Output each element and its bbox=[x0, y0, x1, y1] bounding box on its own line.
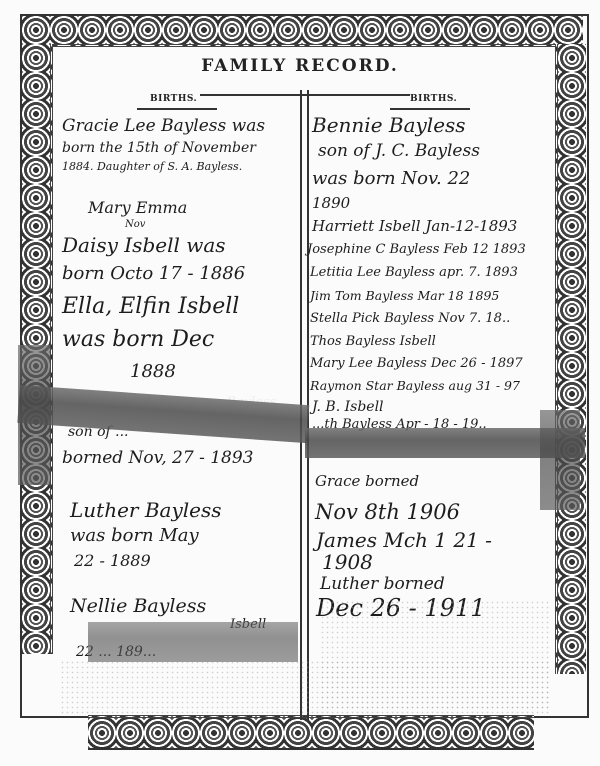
handwritten-line: Luther Bayless bbox=[70, 500, 222, 520]
handwritten-line: Mary Lee Bayless Dec 26 - 1897 bbox=[310, 357, 523, 370]
handwritten-line: J. B. Isbell bbox=[312, 400, 384, 414]
scanned-page: FAMILY RECORD. BIRTHS. BIRTHS. Gracie Le… bbox=[0, 0, 600, 766]
page-title: FAMILY RECORD. bbox=[0, 56, 600, 76]
handwritten-line: was born Dec bbox=[62, 329, 214, 351]
handwritten-line: 1908 bbox=[322, 552, 373, 572]
tape-strip-bottom bbox=[88, 622, 298, 662]
handwritten-line: Ella, Elfin Isbell bbox=[62, 296, 239, 318]
handwritten-line: was born Nov. 22 bbox=[312, 170, 470, 188]
handwritten-line: 1890 bbox=[312, 196, 350, 211]
ornamental-border-bottom bbox=[88, 715, 534, 750]
handwritten-line: 1884. Daughter of S. A. Bayless. bbox=[62, 161, 242, 172]
handwritten-line: 22 - 1889 bbox=[74, 553, 151, 569]
handwritten-line: borned Nov, 27 - 1893 bbox=[62, 450, 254, 467]
tape-strip-edge-left bbox=[18, 345, 50, 485]
handwritten-line: Raymon Star Bayless aug 31 - 97 bbox=[310, 380, 520, 393]
handwritten-line: Letitia Lee Bayless apr. 7. 1893 bbox=[310, 266, 518, 279]
handwritten-line: Josephine C Bayless Feb 12 1893 bbox=[307, 243, 526, 256]
handwritten-line: Nov 8th 1906 bbox=[315, 502, 460, 523]
handwritten-line: Luther borned bbox=[320, 576, 445, 593]
left-heading-rule bbox=[137, 108, 217, 110]
handwritten-line: born Octo 17 - 1886 bbox=[62, 265, 245, 283]
handwritten-line: Gracie Lee Bayless was bbox=[62, 118, 265, 135]
handwritten-line: Jim Tom Bayless Mar 18 1895 bbox=[310, 290, 499, 303]
handwritten-line: was born May bbox=[70, 527, 199, 545]
handwritten-line: Nov bbox=[125, 220, 145, 230]
tape-strip-edge-right bbox=[540, 410, 580, 510]
handwritten-line: born the 15th of November bbox=[62, 141, 256, 155]
handwritten-line: Bennie Bayless bbox=[312, 115, 466, 135]
scan-noise bbox=[320, 600, 550, 710]
handwritten-line: Grace borned bbox=[315, 474, 419, 489]
right-heading-rule bbox=[390, 108, 470, 110]
handwritten-line: Harriett Isbell Jan-12-1893 bbox=[312, 219, 517, 234]
left-column-heading: BIRTHS. bbox=[150, 94, 197, 104]
handwritten-line: 1888 bbox=[130, 363, 176, 381]
handwritten-line: Daisy Isbell was bbox=[62, 235, 226, 255]
right-column-heading: BIRTHS. bbox=[410, 94, 457, 104]
handwritten-line: Nellie Bayless bbox=[70, 597, 206, 616]
handwritten-line: Mary Emma bbox=[88, 200, 187, 216]
handwritten-line: James Mch 1 21 - bbox=[316, 530, 492, 550]
ornamental-border-right bbox=[555, 44, 586, 674]
handwritten-line: son of J. C. Bayless bbox=[318, 143, 480, 160]
ornamental-border-top bbox=[22, 16, 583, 47]
handwritten-line: Stella Pick Bayless Nov 7. 18.. bbox=[310, 312, 510, 325]
handwritten-line: Thos Bayless Isbell bbox=[310, 335, 436, 348]
